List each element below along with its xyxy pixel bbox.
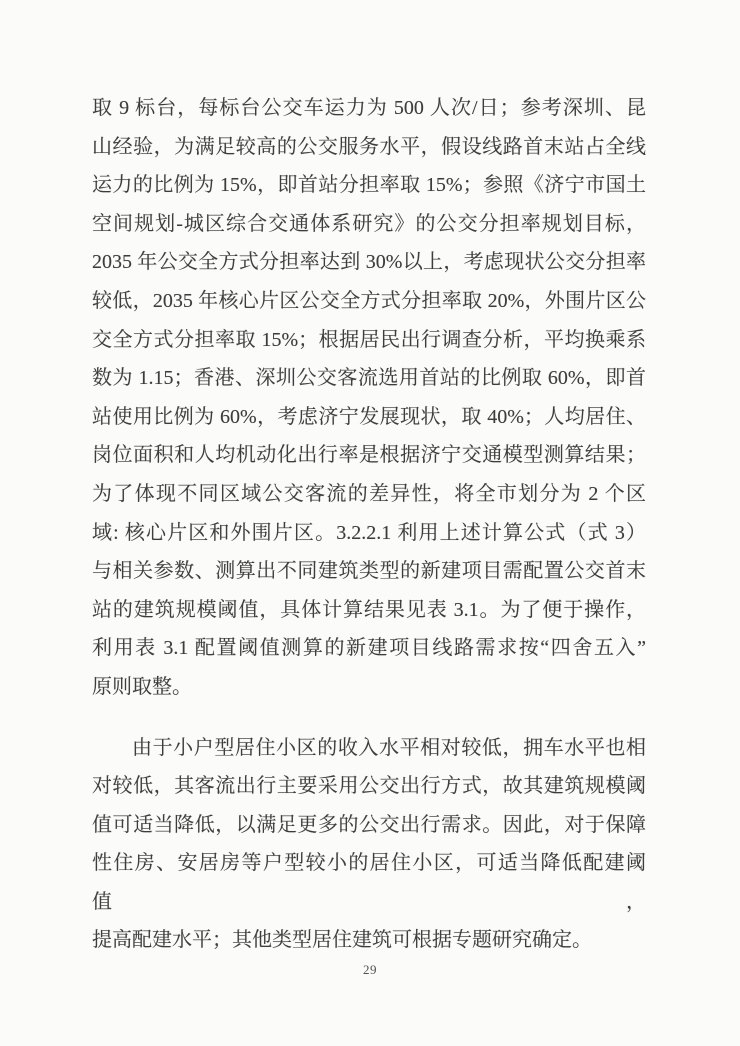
text-line: 域: 核心片区和外围片区。3.2.2.1 利用上述计算公式（式 3） [92, 514, 646, 553]
paragraph: 由于小户型居住小区的收入水平相对较低，拥车水平也相对较低，其客流出行主要采用公交… [92, 729, 646, 961]
text-line: 取 9 标台，每标台公交车运力为 500 人次/日；参考深圳、昆 [92, 89, 646, 128]
text-line: 较低，2035 年核心片区公交全方式分担率取 20%，外围片区公 [92, 282, 646, 321]
text-line: 山经验，为满足较高的公交服务水平，假设线路首末站占全线 [92, 128, 646, 167]
text-line: 为了体现不同区域公交客流的差异性，将全市划分为 2 个区 [92, 475, 646, 514]
text-line: 与相关参数、测算出不同建筑类型的新建项目需配置公交首末 [92, 552, 646, 591]
page-number: 29 [0, 962, 740, 978]
paragraph: 取 9 标台，每标台公交车运力为 500 人次/日；参考深圳、昆山经验，为满足较… [92, 89, 646, 707]
text-line: 空间规划-城区综合交通体系研究》的公交分担率规划目标， [92, 205, 646, 244]
text-line: 站的建筑规模阈值，具体计算结果见表 3.1。为了便于操作， [92, 591, 646, 630]
text-line: 提高配建水平；其他类型居住建筑可根据专题研究确定。 [92, 921, 646, 960]
text-line: 岗位面积和人均机动化出行率是根据济宁交通模型测算结果； [92, 436, 646, 475]
text-line: 数为 1.15；香港、深圳公交客流选用首站的比例取 60%，即首 [92, 359, 646, 398]
text-line: 利用表 3.1 配置阈值测算的新建项目线路需求按“四舍五入” [92, 629, 646, 668]
body-text: 取 9 标台，每标台公交车运力为 500 人次/日；参考深圳、昆山经验，为满足较… [92, 89, 646, 960]
document-page: 取 9 标台，每标台公交车运力为 500 人次/日；参考深圳、昆山经验，为满足较… [0, 0, 740, 1046]
text-line: 对较低，其客流出行主要采用公交出行方式，故其建筑规模阈 [92, 767, 646, 806]
text-line: 交全方式分担率取 15%；根据居民出行调查分析，平均换乘系 [92, 321, 646, 360]
text-line: 站使用比例为 60%，考虑济宁发展现状，取 40%；人均居住、 [92, 398, 646, 437]
text-line: 2035 年公交全方式分担率达到 30%以上，考虑现状公交分担率 [92, 243, 646, 282]
text-line: 性住房、安居房等户型较小的居住小区，可适当降低配建阈值， [92, 844, 646, 921]
text-line: 原则取整。 [92, 668, 646, 707]
text-line: 由于小户型居住小区的收入水平相对较低，拥车水平也相 [92, 729, 646, 768]
text-line: 运力的比例为 15%，即首站分担率取 15%；参照《济宁市国土 [92, 166, 646, 205]
text-line: 值可适当降低，以满足更多的公交出行需求。因此，对于保障 [92, 806, 646, 845]
